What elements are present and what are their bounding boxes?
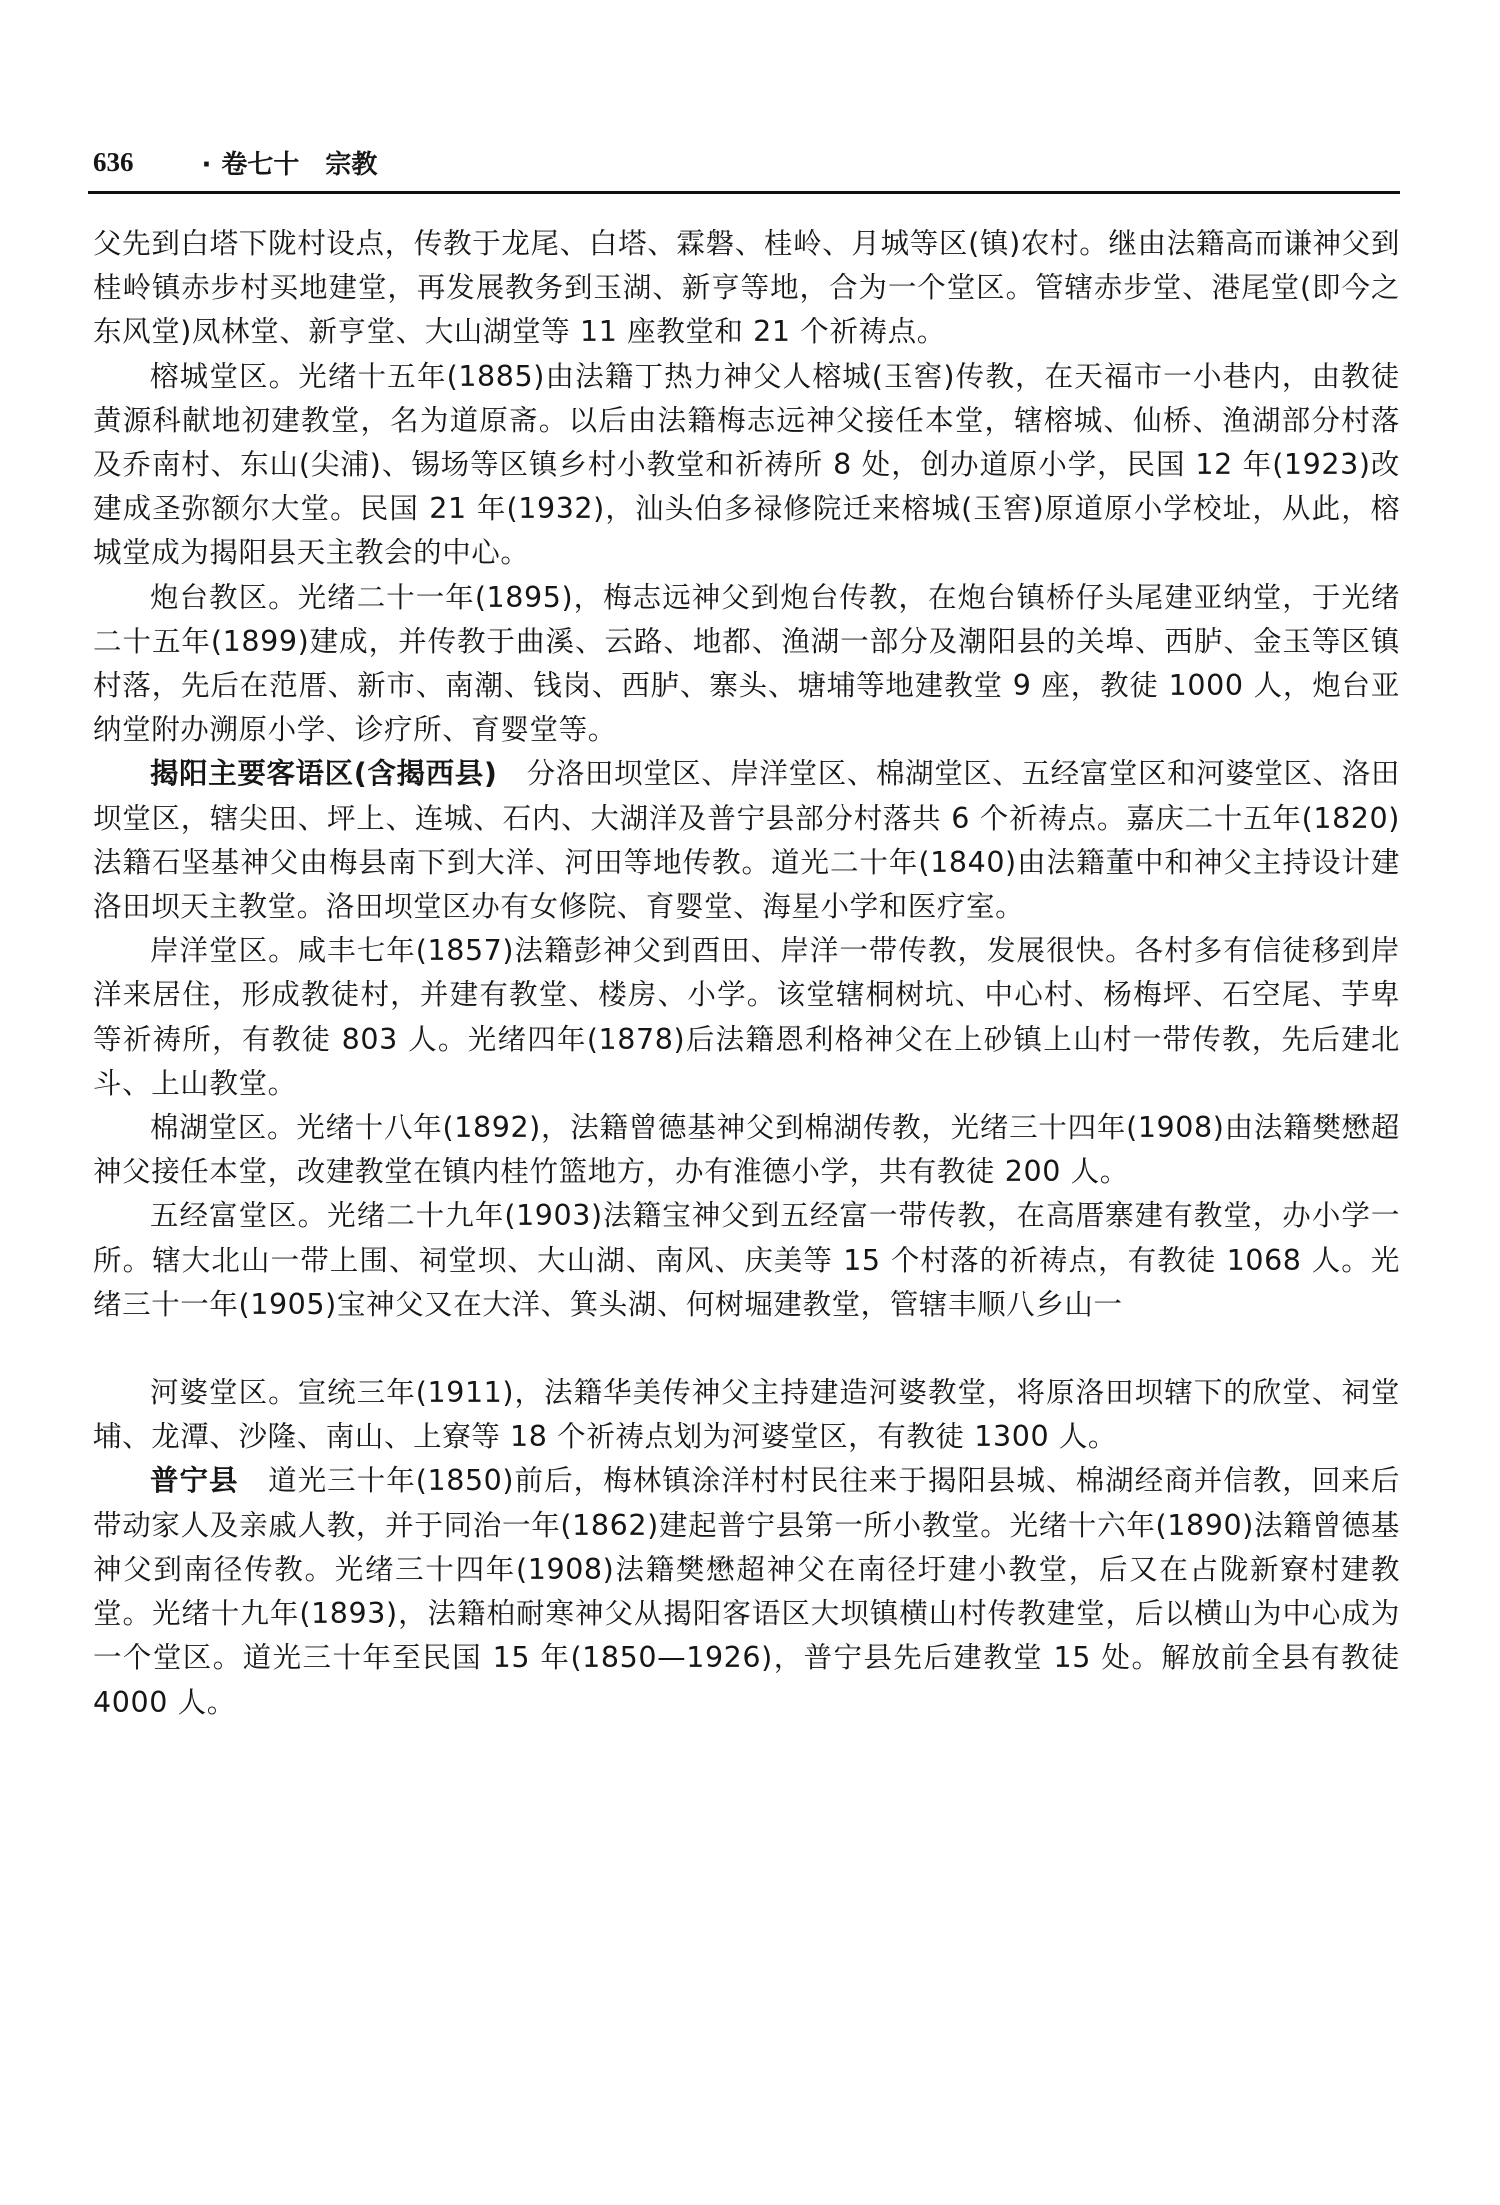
paragraph-paotai: 炮台教区。光绪二十一年(1895)，梅志远神父到炮台传教，在炮台镇桥仔头尾建亚纳… xyxy=(93,576,1400,753)
paragraph-text: 棉湖堂区。光绪十八年(1892)，法籍曾德基神父到棉湖传教，光绪三十四年(190… xyxy=(93,1111,1400,1188)
section-heading: 普宁县 xyxy=(150,1464,239,1497)
header-rule xyxy=(88,191,1400,194)
paragraph-text: 炮台教区。光绪二十一年(1895)，梅志远神父到炮台传教，在炮台镇桥仔头尾建亚纳… xyxy=(93,581,1400,747)
paragraph-rongcheng: 榕城堂区。光绪十五年(1885)由法籍丁热力神父人榕城(玉窖)传教，在天福市一小… xyxy=(93,355,1400,576)
blank-gap xyxy=(93,1327,1400,1371)
paragraph-text: 榕城堂区。光绪十五年(1885)由法籍丁热力神父人榕城(玉窖)传教，在天福市一小… xyxy=(93,360,1400,570)
paragraph-continuation: 父先到白塔下陇村设点，传教于龙尾、白塔、霖磐、桂岭、月城等区(镇)农村。继由法籍… xyxy=(93,222,1400,355)
paragraph-text: 道光三十年(1850)前后，梅林镇涂洋村村民往来于揭阳县城、棉湖经商并信教，回来… xyxy=(93,1464,1400,1718)
page-number: 636 xyxy=(93,147,134,178)
paragraph-mianhu: 棉湖堂区。光绪十八年(1892)，法籍曾德基神父到棉湖传教，光绪三十四年(190… xyxy=(93,1106,1400,1194)
paragraph-text: 岸洋堂区。咸丰七年(1857)法籍彭神父到酉田、岸洋一带传教，发展很快。各村多有… xyxy=(93,934,1400,1100)
paragraph-text: 河婆堂区。宣统三年(1911)，法籍华美传神父主持建造河婆教堂，将原洛田坝辖下的… xyxy=(93,1376,1400,1453)
paragraph-puning: 普宁县 道光三十年(1850)前后，梅林镇涂洋村村民往来于揭阳县城、棉湖经商并信… xyxy=(93,1459,1400,1724)
volume-label: 卷七十 xyxy=(221,150,299,180)
running-title: ·卷七十宗教 xyxy=(202,144,378,181)
paragraph-text: 父先到白塔下陇村设点，传教于龙尾、白塔、霖磐、桂岭、月城等区(镇)农村。继由法籍… xyxy=(93,227,1400,348)
page-body: 父先到白塔下陇村设点，传教于龙尾、白塔、霖磐、桂岭、月城等区(镇)农村。继由法籍… xyxy=(93,222,1400,1725)
paragraph-text: 五经富堂区。光绪二十九年(1903)法籍宝神父到五经富一带传教，在高厝寨建有教堂… xyxy=(93,1199,1400,1320)
running-header: 636 ·卷七十宗教 xyxy=(93,140,377,184)
section-label: 宗教 xyxy=(325,150,377,180)
paragraph-hepo: 河婆堂区。宣统三年(1911)，法籍华美传神父主持建造河婆教堂，将原洛田坝辖下的… xyxy=(93,1371,1400,1459)
paragraph-anyang: 岸洋堂区。咸丰七年(1857)法籍彭神父到酉田、岸洋一带传教，发展很快。各村多有… xyxy=(93,929,1400,1106)
section-heading: 揭阳主要客语区(含揭西县) xyxy=(150,757,498,790)
bullet-dot: · xyxy=(202,150,212,180)
paragraph-wujingfu: 五经富堂区。光绪二十九年(1903)法籍宝神父到五经富一带传教，在高厝寨建有教堂… xyxy=(93,1194,1400,1327)
paragraph-hakka-region: 揭阳主要客语区(含揭西县) 分洛田坝堂区、岸洋堂区、棉湖堂区、五经富堂区和河婆堂… xyxy=(93,752,1400,929)
